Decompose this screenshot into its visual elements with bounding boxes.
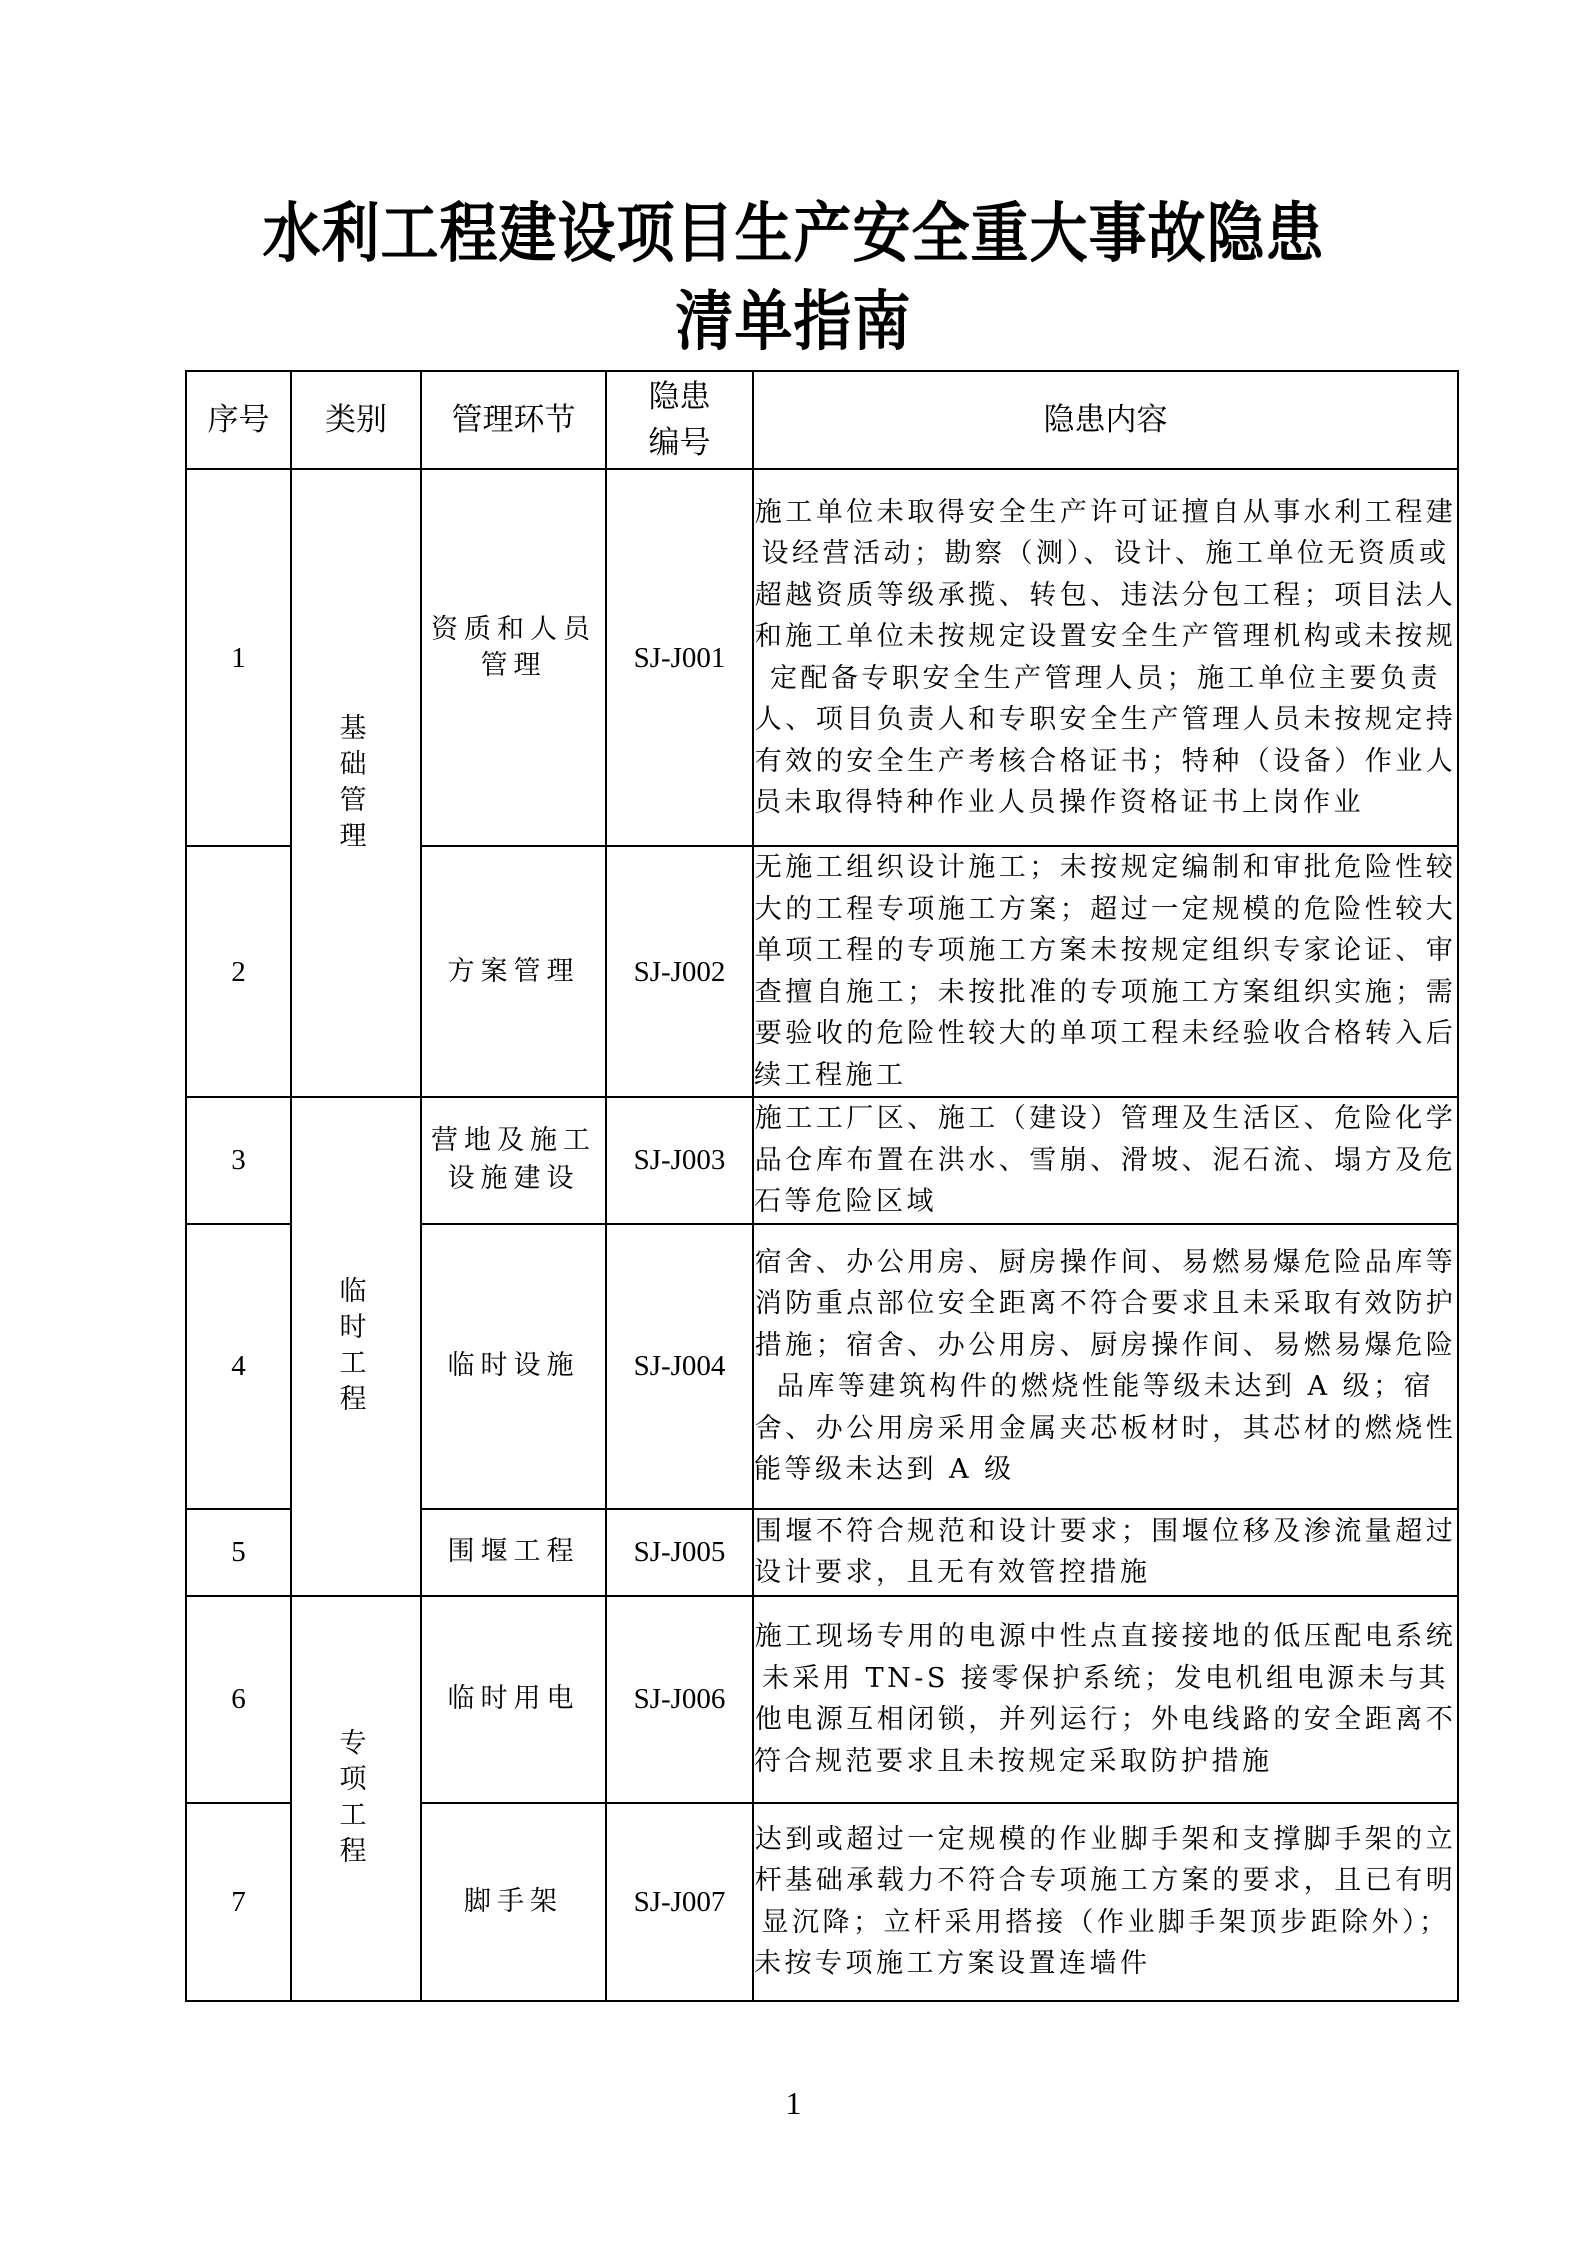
row-hazard-content: 无施工组织设计施工；未按规定编制和审批危险性较大的工程专项施工方案；超过一定规模… <box>753 846 1458 1097</box>
row-management-link: 脚手架 <box>421 1803 606 2001</box>
row-hazard-code: SJ-J001 <box>606 469 753 846</box>
row-hazard-content: 宿舍、办公用房、厨房操作间、易燃易爆危险品库等消防重点部位安全距离不符合要求且未… <box>753 1224 1458 1509</box>
row-seq: 3 <box>186 1097 291 1224</box>
hazard-list-table: 序号 类别 管理环节 隐患编号 隐患内容 1 基础管理 资质和人员管理 SJ-J… <box>185 370 1459 2002</box>
document-title-line2: 清单指南 <box>0 289 1587 354</box>
row-hazard-code: SJ-J003 <box>606 1097 753 1224</box>
document-title-line1: 水利工程建设项目生产安全重大事故隐患 <box>0 201 1587 266</box>
row-seq: 1 <box>186 469 291 846</box>
row-hazard-code: SJ-J006 <box>606 1596 753 1803</box>
row-seq: 5 <box>186 1509 291 1596</box>
table-row: 1 基础管理 资质和人员管理 SJ-J001 施工单位未取得安全生产许可证擅自从… <box>186 469 1458 846</box>
row-hazard-content: 施工工厂区、施工（建设）管理及生活区、危险化学品仓库布置在洪水、雪崩、滑坡、泥石… <box>753 1097 1458 1224</box>
row-management-link: 临时设施 <box>421 1224 606 1509</box>
header-hazard-content: 隐患内容 <box>753 371 1458 469</box>
row-management-link: 方案管理 <box>421 846 606 1097</box>
row-category: 临时工程 <box>291 1097 421 1596</box>
page-number: 1 <box>0 2085 1587 2122</box>
row-category: 基础管理 <box>291 469 421 1097</box>
header-hazard-code: 隐患编号 <box>606 371 753 469</box>
row-seq: 4 <box>186 1224 291 1509</box>
row-hazard-code: SJ-J002 <box>606 846 753 1097</box>
table-header-row: 序号 类别 管理环节 隐患编号 隐患内容 <box>186 371 1458 469</box>
row-management-link: 营地及施工设施建设 <box>421 1097 606 1224</box>
row-management-link: 临时用电 <box>421 1596 606 1803</box>
header-management-link: 管理环节 <box>421 371 606 469</box>
row-hazard-code: SJ-J007 <box>606 1803 753 2001</box>
row-hazard-code: SJ-J004 <box>606 1224 753 1509</box>
row-category: 专项工程 <box>291 1596 421 2001</box>
row-hazard-content: 围堰不符合规范和设计要求；围堰位移及渗流量超过设计要求，且无有效管控措施 <box>753 1509 1458 1596</box>
row-management-link: 围堰工程 <box>421 1509 606 1596</box>
row-seq: 6 <box>186 1596 291 1803</box>
row-management-link: 资质和人员管理 <box>421 469 606 846</box>
row-seq: 2 <box>186 846 291 1097</box>
header-seq: 序号 <box>186 371 291 469</box>
row-hazard-content: 达到或超过一定规模的作业脚手架和支撑脚手架的立杆基础承载力不符合专项施工方案的要… <box>753 1803 1458 2001</box>
header-hazard-code-label: 隐患编号 <box>649 379 711 461</box>
row-seq: 7 <box>186 1803 291 2001</box>
header-category: 类别 <box>291 371 421 469</box>
row-hazard-content: 施工单位未取得安全生产许可证擅自从事水利工程建设经营活动；勘察（测）、设计、施工… <box>753 469 1458 846</box>
row-hazard-content: 施工现场专用的电源中性点直接接地的低压配电系统未采用 TN-S 接零保护系统；发… <box>753 1596 1458 1803</box>
table-row: 6 专项工程 临时用电 SJ-J006 施工现场专用的电源中性点直接接地的低压配… <box>186 1596 1458 1803</box>
table-row: 3 临时工程 营地及施工设施建设 SJ-J003 施工工厂区、施工（建设）管理及… <box>186 1097 1458 1224</box>
row-hazard-code: SJ-J005 <box>606 1509 753 1596</box>
